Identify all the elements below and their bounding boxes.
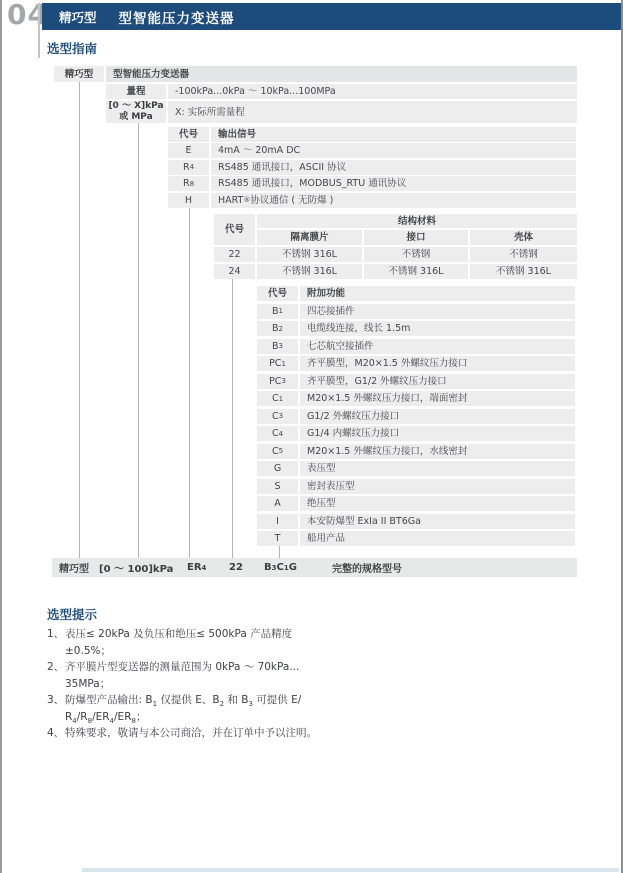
tip-number: 1、	[47, 626, 65, 659]
tip-number: 2、	[47, 659, 65, 692]
code-header-cell: 代号	[257, 286, 298, 301]
output-signal-row: R8 RS485 通讯接口，MODBUS_RTU 通讯协议	[168, 176, 576, 191]
code-cell: B1	[257, 304, 298, 319]
materials-table: 代号 结构材料 隔离膜片 接口 壳体 22 不锈钢 316L 不锈钢 不锈钢 2…	[214, 214, 577, 279]
tip-number: 3、	[47, 692, 65, 725]
desc-header-cell: 附加功能	[300, 286, 575, 301]
tree-line	[189, 208, 190, 558]
additional-header-row: 代号 附加功能	[257, 286, 575, 301]
tip-item: 4、 特殊要求，敬请与本公司商洽，并在订单中予以注明。	[47, 725, 447, 742]
tip-number: 4、	[47, 725, 65, 742]
code-cell: E	[168, 143, 209, 158]
code-cell: S	[257, 479, 298, 494]
tip-item: 2、 齐平膜片型变送器的测量范围为 0kPa ～ 70kPa... 35MPa；	[47, 659, 447, 692]
banner-title: 型智能压力变送器	[119, 7, 235, 27]
example-item: 完整的规格型号	[332, 558, 402, 577]
code-cell: B2	[257, 321, 298, 336]
root-series-cell: 精巧型	[54, 66, 104, 82]
desc-cell: 绝压型	[300, 496, 575, 511]
materials-code-header: 代号	[214, 214, 255, 245]
desc-cell: G1/2 外螺纹压力接口	[300, 409, 575, 424]
output-signal-row: H HART® 协议通信 ( 无防爆 )	[168, 193, 576, 208]
span-value-cell: X: 实际所需量程	[168, 101, 577, 123]
banner-series: 精巧型	[59, 8, 97, 26]
desc-cell: 电缆线连接，线长 1.5m	[300, 321, 575, 336]
desc-cell: 四芯接插件	[300, 304, 575, 319]
code-cell: B3	[257, 339, 298, 354]
desc-cell: 七芯航空接插件	[300, 339, 575, 354]
tips-list: 1、 表压≤ 20kPa 及负压和绝压≤ 500kPa 产品精度 ±0.5%； …	[47, 626, 447, 742]
code-cell: C1	[257, 391, 298, 406]
desc-cell: G1/4 内螺纹压力接口	[300, 426, 575, 441]
additional-row: B2电缆线连接，线长 1.5m	[257, 321, 575, 336]
desc-cell: RS485 通讯接口，MODBUS_RTU 通讯协议	[211, 176, 576, 191]
tree-line	[79, 82, 80, 558]
additional-row: C3G1/2 外螺纹压力接口	[257, 409, 575, 424]
additional-row: B1四芯接插件	[257, 304, 575, 319]
materials-cell: 不锈钢 316L	[257, 264, 362, 279]
desc-cell: 齐平膜型，G1/2 外螺纹压力接口	[300, 374, 575, 389]
code-cell: C5	[257, 444, 298, 459]
desc-cell: M20×1.5 外螺纹压力接口，端面密封	[300, 391, 575, 406]
additional-row: B3七芯航空接插件	[257, 339, 575, 354]
code-cell: H	[168, 193, 209, 208]
code-cell: R8	[168, 176, 209, 191]
example-item: 22	[229, 558, 243, 577]
output-signal-row: E 4mA ～ 20mA DC	[168, 143, 576, 158]
code-cell: R4	[168, 160, 209, 175]
additional-row: I本安防爆型 ExIa II BT6Ga	[257, 514, 575, 529]
code-cell: T	[257, 531, 298, 546]
footer-strip	[82, 868, 619, 872]
desc-cell: 本安防爆型 ExIa II BT6Ga	[300, 514, 575, 529]
additional-row: G表压型	[257, 461, 575, 476]
tip-text: 表压≤ 20kPa 及负压和绝压≤ 500kPa 产品精度 ±0.5%；	[65, 626, 292, 659]
code-cell: C3	[257, 409, 298, 424]
materials-cell: 不锈钢 316L	[364, 264, 468, 279]
example-item: ER4	[187, 558, 206, 577]
additional-functions-table: 代号 附加功能 B1四芯接插件 B2电缆线连接，线长 1.5m B3七芯航空接插…	[257, 286, 575, 549]
code-header-cell: 代号	[168, 127, 209, 142]
desc-cell: 表压型	[300, 461, 575, 476]
desc-cell: HART® 协议通信 ( 无防爆 )	[211, 193, 576, 208]
materials-group-header: 结构材料	[257, 214, 577, 228]
tree-line	[138, 123, 139, 558]
root-title-cell: 型智能压力变送器	[106, 66, 577, 82]
materials-col-header: 接口	[364, 230, 468, 245]
title-banner: 精巧型 型智能压力变送器	[42, 3, 621, 30]
materials-cell: 不锈钢 316L	[257, 247, 362, 262]
materials-cell: 不锈钢 316L	[470, 264, 577, 279]
desc-cell: 船用产品	[300, 531, 575, 546]
catalog-page: 04 精巧型 型智能压力变送器 选型指南 精巧型 型智能压力变送器 量程 -10…	[0, 0, 623, 873]
materials-code-cell: 24	[214, 264, 255, 279]
example-item: [0 ～ 100]kPa	[99, 558, 173, 577]
tip-item: 3、 防爆型产品输出: B1 仅提供 E、B2 和 B3 可提供 E/ R4/R…	[47, 692, 447, 725]
materials-code-cell: 22	[214, 247, 255, 262]
code-cell: PC1	[257, 356, 298, 371]
additional-row: T船用产品	[257, 531, 575, 546]
additional-row: C5M20×1.5 外螺纹压力接口，水线密封	[257, 444, 575, 459]
desc-cell: 密封表压型	[300, 479, 575, 494]
additional-row: A绝压型	[257, 496, 575, 511]
additional-row: PC3齐平膜型，G1/2 外螺纹压力接口	[257, 374, 575, 389]
tip-item: 1、 表压≤ 20kPa 及负压和绝压≤ 500kPa 产品精度 ±0.5%；	[47, 626, 447, 659]
range-value-cell: -100kPa...0kPa ～ 10kPa...100MPa	[168, 84, 577, 99]
page-number-rule	[38, 3, 40, 58]
desc-header-cell: 输出信号	[211, 127, 576, 142]
tips-heading: 选型提示	[47, 605, 97, 623]
output-signal-table: 代号 输出信号 E 4mA ～ 20mA DC R4 RS485 通讯接口，AS…	[168, 127, 576, 209]
desc-cell: 4mA ～ 20mA DC	[211, 143, 576, 158]
tree-line	[232, 279, 233, 558]
code-cell: C4	[257, 426, 298, 441]
span-label-cell: [0 ～ X]kPa 或 MPa	[106, 101, 166, 123]
additional-row: C1M20×1.5 外螺纹压力接口，端面密封	[257, 391, 575, 406]
tip-text: 齐平膜片型变送器的测量范围为 0kPa ～ 70kPa... 35MPa；	[65, 659, 299, 692]
example-model-row: 精巧型 [0 ～ 100]kPa ER4 22 B3C1G 完整的规格型号	[52, 558, 577, 577]
tip-text: 防爆型产品输出: B1 仅提供 E、B2 和 B3 可提供 E/ R4/R8/E…	[65, 692, 301, 725]
tip-text: 特殊要求，敬请与本公司商洽，并在订单中予以注明。	[65, 725, 317, 742]
code-cell: G	[257, 461, 298, 476]
code-cell: A	[257, 496, 298, 511]
code-cell: I	[257, 514, 298, 529]
output-signal-header-row: 代号 输出信号	[168, 127, 576, 142]
additional-row: S密封表压型	[257, 479, 575, 494]
span-label-lines: [0 ～ X]kPa 或 MPa	[108, 101, 163, 123]
desc-cell: RS485 通讯接口，ASCII 协议	[211, 160, 576, 175]
materials-cell: 不锈钢	[470, 247, 577, 262]
example-item: B3C1G	[264, 558, 297, 577]
materials-col-header: 壳体	[470, 230, 577, 245]
selection-guide-heading: 选型指南	[47, 39, 97, 57]
output-signal-row: R4 RS485 通讯接口，ASCII 协议	[168, 160, 576, 175]
tree-line	[279, 546, 280, 558]
materials-col-header: 隔离膜片	[257, 230, 362, 245]
example-item: 精巧型	[59, 558, 89, 577]
additional-row: C4G1/4 内螺纹压力接口	[257, 426, 575, 441]
additional-row: PC1齐平膜型，M20×1.5 外螺纹压力接口	[257, 356, 575, 371]
desc-cell: M20×1.5 外螺纹压力接口，水线密封	[300, 444, 575, 459]
materials-cell: 不锈钢	[364, 247, 468, 262]
code-cell: PC3	[257, 374, 298, 389]
desc-cell: 齐平膜型，M20×1.5 外螺纹压力接口	[300, 356, 575, 371]
range-label-cell: 量程	[106, 84, 166, 99]
